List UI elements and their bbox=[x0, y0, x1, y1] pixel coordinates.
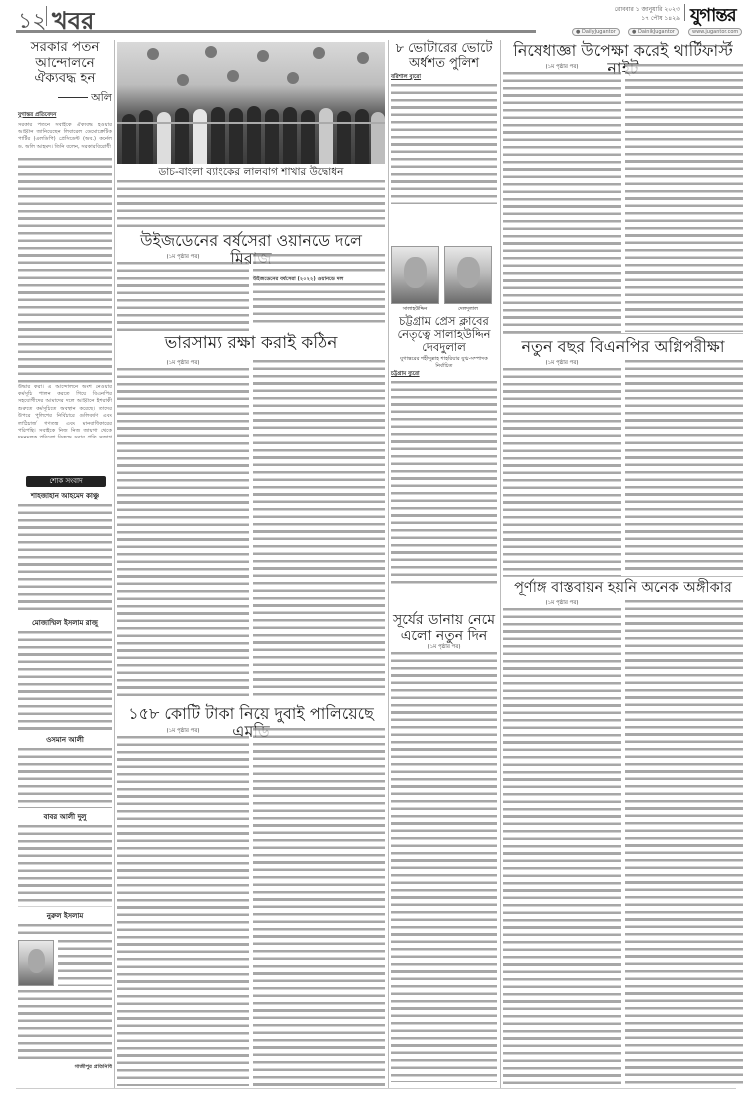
photo-caption-text bbox=[117, 180, 385, 230]
article-press-club: চট্টগ্রাম প্রেস ক্লাবের নেতৃত্বে সালাহউদ… bbox=[391, 315, 497, 587]
portrait-salahuddin bbox=[391, 246, 439, 304]
portrait-deldulal bbox=[444, 246, 492, 304]
section-title: খবর bbox=[52, 3, 94, 43]
headline-purnango: পূর্ণাঙ্গ বাস্তবায়ন হয়নি অনেক অঙ্গীকার bbox=[503, 580, 743, 597]
article-miraj-col1: (১ম পৃষ্ঠার পর) bbox=[117, 254, 249, 332]
column-rule bbox=[114, 40, 115, 1088]
obituaries: শাহজাহান আহমেদ কাঞ্চু মোজাম্মিল ইসলাম রা… bbox=[18, 490, 112, 1071]
article-dubai-col1: (১ম পৃষ্ঠার পর) bbox=[117, 728, 249, 1086]
article-bnp-col1: (১ম পৃষ্ঠার পর) bbox=[503, 360, 621, 576]
website-link[interactable]: www.jugantor.com bbox=[688, 28, 742, 36]
divider bbox=[46, 6, 47, 26]
tail-text: উদ্ধার করা। এ আন্দোলনে অংশ নেওয়ার কর্মস… bbox=[18, 384, 112, 438]
column-rule bbox=[388, 40, 389, 1088]
dutch-bangla-photo bbox=[117, 42, 385, 164]
article-sarkar-poton: সরকার পতন আন্দোলনে ঐক্যবদ্ধ হন অলি যুগান… bbox=[18, 40, 112, 438]
obituary-name: ওসমান আলী bbox=[18, 734, 112, 746]
obituary-signoff: গাজীপুর প্রতিনিধি bbox=[18, 1064, 112, 1071]
article-surjo: সূর্যের ডানায় নেমে এলো নতুন দিন (১ম পৃষ… bbox=[391, 612, 497, 1082]
header-rule bbox=[16, 30, 536, 33]
twitter-link[interactable]: ● DailyJugantor bbox=[572, 28, 620, 36]
obituary-name: শাহজাহান আহমেদ কাঞ্চু bbox=[18, 490, 112, 502]
footer-rule bbox=[16, 1088, 736, 1089]
lead-text: সরকার পতনে সবাইকে ঐক্যবদ্ধ হওয়ার আহ্বান… bbox=[18, 122, 112, 158]
headline-bharsamya: ভারসাম্য রক্ষা করাই কঠিন bbox=[117, 334, 385, 354]
article-purnango-col2 bbox=[625, 600, 743, 1086]
attribution: অলি bbox=[18, 89, 112, 108]
article-bharsamya-col1: (১ম পৃষ্ঠার পর) bbox=[117, 360, 249, 700]
photo-caption: সালাহউদ্দিন bbox=[391, 306, 439, 314]
date-block: রোববার ১ জানুয়ারি ২০২৩ ১৭ পৌষ ১৪২৯ bbox=[598, 5, 680, 23]
obituary-name: বাবর আলী দুলু bbox=[18, 811, 112, 823]
section-rule bbox=[503, 333, 743, 334]
article-dubai-col2 bbox=[253, 728, 385, 1086]
facebook-icon: ● bbox=[632, 29, 636, 35]
date-gregorian: রোববার ১ জানুয়ারি ২০২৩ bbox=[598, 5, 680, 14]
article-thirty-first-col2 bbox=[625, 64, 743, 332]
obituary-photo bbox=[18, 940, 54, 986]
article-thirty-first-col1: (১ম পৃষ্ঠার পর) bbox=[503, 64, 621, 334]
article-police: ৮ ভোটারের ভোটে অর্ধশত পুলিশ বরিশাল ব্যুর… bbox=[391, 42, 497, 204]
twitter-icon: ● bbox=[576, 29, 580, 35]
section-rule bbox=[503, 576, 743, 577]
page-number: ১২ bbox=[18, 4, 47, 41]
byline: যুগান্তর প্রতিবেদন bbox=[18, 112, 112, 120]
facebook-link[interactable]: ● DainikJugantor bbox=[628, 28, 679, 36]
article-bharsamya-col2 bbox=[253, 360, 385, 700]
headline-bnp: নতুন বছর বিএনপির অগ্নিপরীক্ষা bbox=[503, 338, 743, 356]
obituary-name: নুরুল ইসলাম bbox=[18, 910, 112, 922]
article-purnango-col1: (১ম পৃষ্ঠার পর) bbox=[503, 600, 621, 1088]
photo-caption: দেলদুলাল bbox=[444, 306, 492, 314]
divider bbox=[684, 4, 685, 21]
article-bnp-col2 bbox=[625, 360, 743, 574]
date-bengali: ১৭ পৌষ ১৪২৯ bbox=[598, 14, 680, 23]
headline: সরকার পতন আন্দোলনে ঐক্যবদ্ধ হন bbox=[18, 40, 112, 87]
masthead: ১২ খবর রোববার ১ জানুয়ারি ২০২৩ ১৭ পৌষ ১৪… bbox=[0, 0, 751, 32]
article-miraj-col2: উইজডেনের বর্ষসেরা (২০২২) ওয়ানডে দল bbox=[253, 254, 385, 327]
shok-songbad-label: শোক সংবাদ bbox=[26, 476, 106, 487]
obituary-name: মোজাম্মিল ইসলাম রাজু bbox=[18, 617, 112, 629]
body-text bbox=[18, 158, 112, 384]
column-rule bbox=[500, 40, 501, 1088]
